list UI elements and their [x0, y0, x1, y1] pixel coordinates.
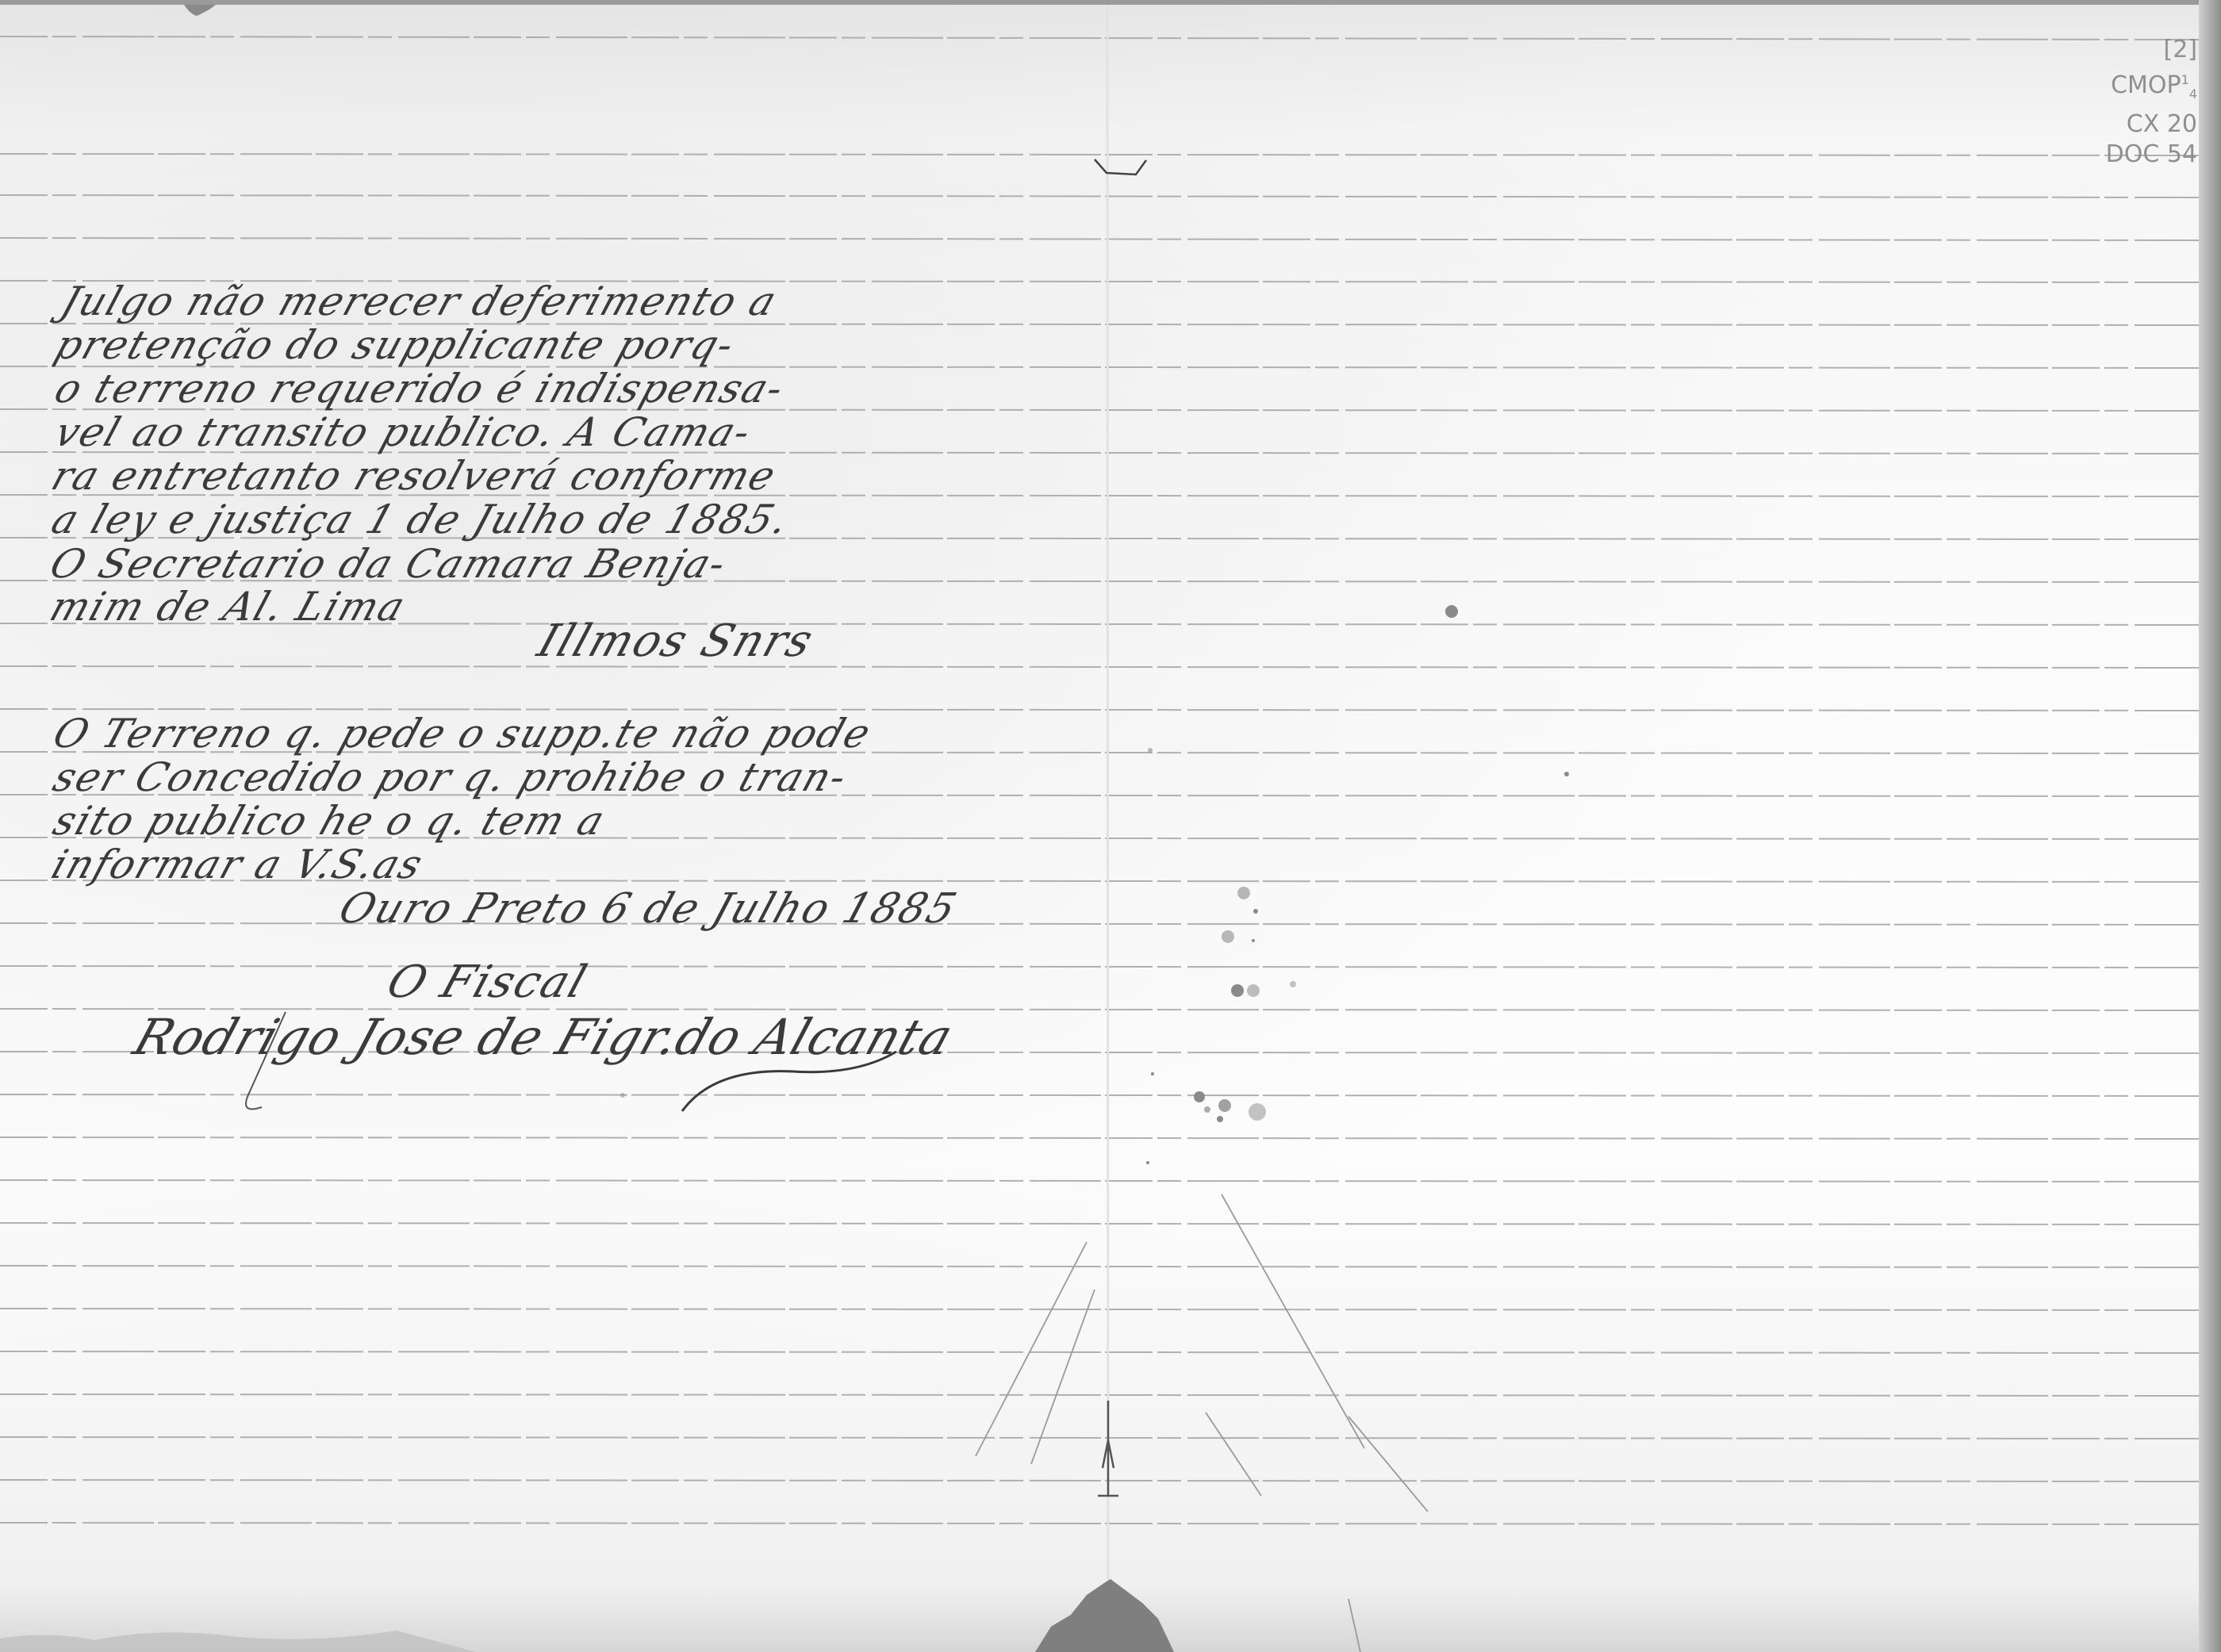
scan-right-border — [2199, 0, 2221, 1652]
manuscript-sheet: [2] CMOP14 CX 20 DOC 54 Julgo não merece… — [0, 5, 2199, 1652]
signature-flourish — [0, 5, 2199, 1652]
